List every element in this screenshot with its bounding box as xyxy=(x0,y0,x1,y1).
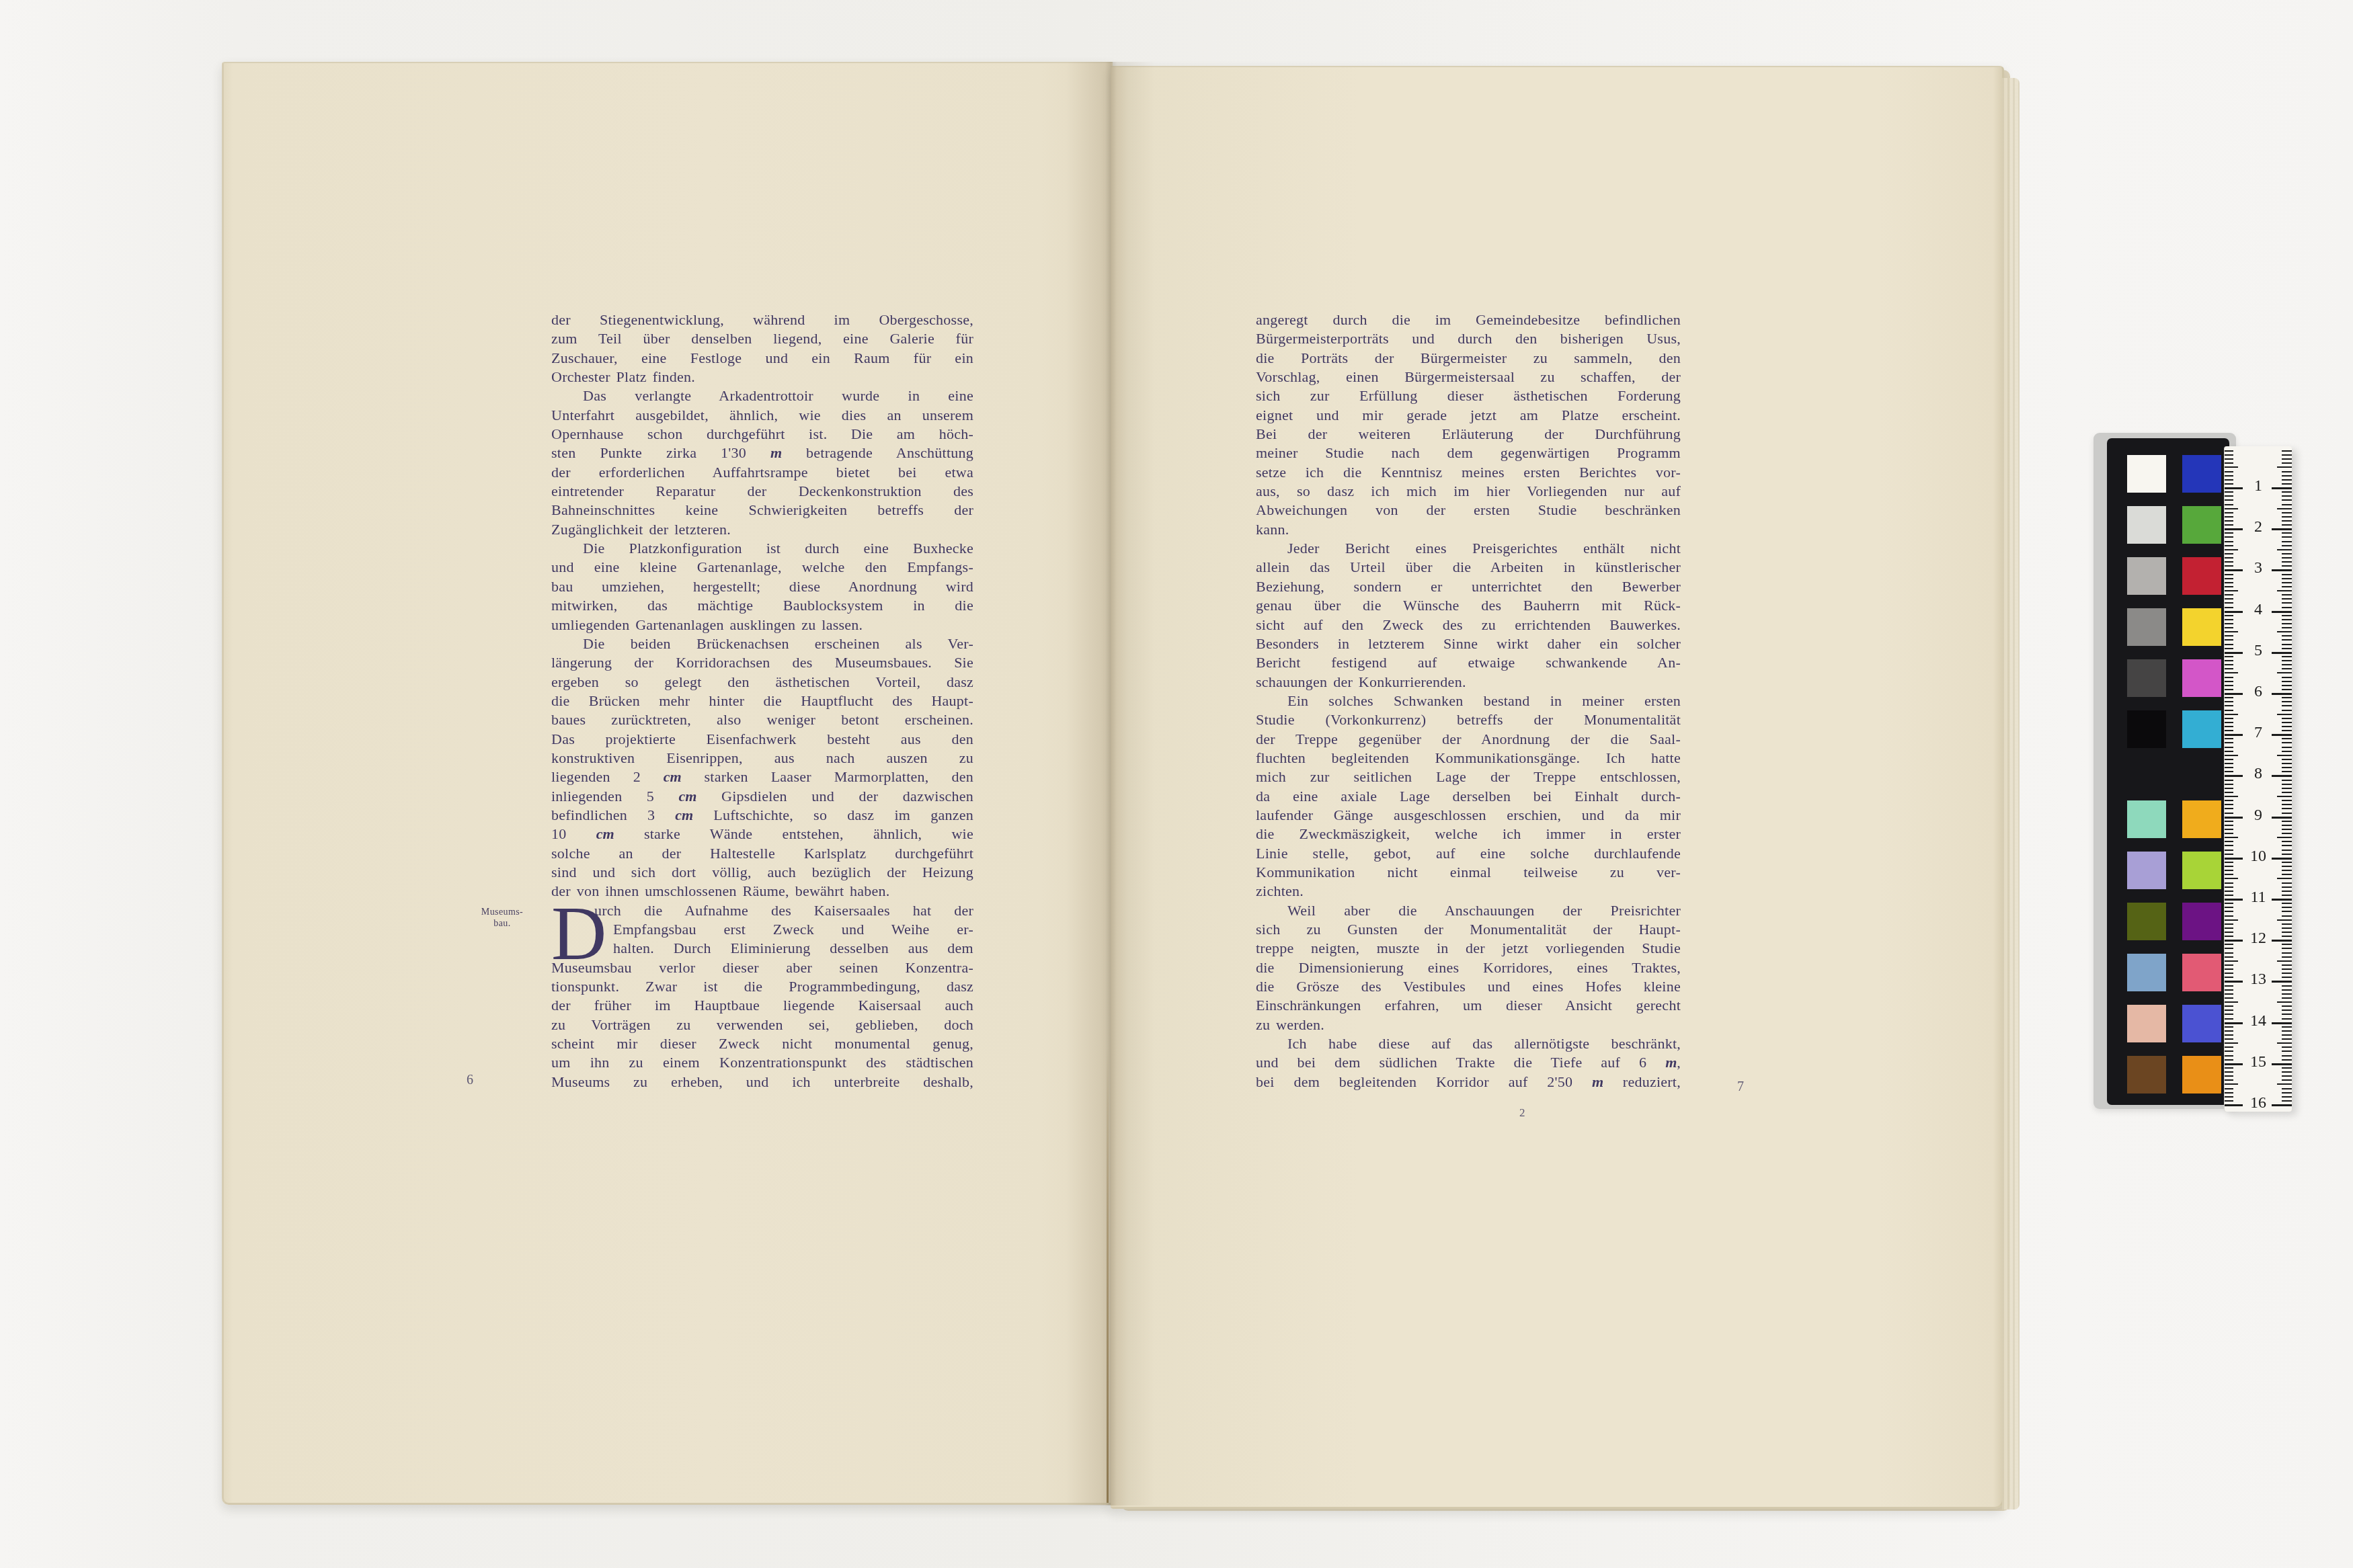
ruler-tick xyxy=(2282,804,2292,805)
text-line: angeregt durch die im Gemeindebesitze be… xyxy=(1256,311,1681,329)
ruler-tick xyxy=(2277,549,2292,550)
text-line: Zugänglichkeit der letzteren. xyxy=(551,520,973,539)
ruler-tick xyxy=(2225,751,2233,752)
ruler-tick xyxy=(2225,450,2233,452)
ruler-tick xyxy=(2225,1042,2238,1044)
color-patch xyxy=(2127,1056,2166,1094)
margin-note-line: bau. xyxy=(465,918,539,930)
ruler-tick xyxy=(2225,644,2233,645)
color-patch xyxy=(2182,903,2221,940)
color-patch xyxy=(2182,1005,2221,1042)
ruler-number: 8 xyxy=(2245,765,2272,783)
ruler-tick xyxy=(2282,993,2292,995)
ruler-tick xyxy=(2282,1071,2292,1073)
ruler-tick xyxy=(2225,903,2233,904)
ruler-tick xyxy=(2272,693,2292,695)
ruler-tick xyxy=(2225,1038,2233,1040)
ruler-tick xyxy=(2225,738,2233,739)
ruler-tick xyxy=(2282,780,2292,781)
left-page-text-block: der Stiegenentwicklung, während im Oberg… xyxy=(551,311,973,1091)
ruler-tick xyxy=(2225,932,2233,933)
ruler-tick xyxy=(2277,1001,2292,1003)
text-line: konstruktiven Eisenrippen, aus nach ausz… xyxy=(551,749,973,768)
ruler-tick xyxy=(2225,664,2233,665)
ruler-tick xyxy=(2282,907,2292,908)
ruler-tick xyxy=(2225,1104,2243,1106)
ruler-tick xyxy=(2225,730,2233,731)
ruler-tick xyxy=(2272,775,2292,777)
ruler-tick xyxy=(2225,870,2233,871)
page-number-right: 7 xyxy=(1737,1079,1744,1095)
ruler-tick xyxy=(2225,1071,2233,1073)
text-line: Museumsbau verlor dieser aber seinen Kon… xyxy=(551,958,973,977)
ruler-tick xyxy=(2225,808,2233,809)
ruler-number: 4 xyxy=(2245,601,2272,619)
text-line: sicht auf den Zweck des zu errichtenden … xyxy=(1256,616,1681,634)
ruler-tick xyxy=(2225,780,2233,781)
drop-cap: D xyxy=(551,907,607,960)
text-line: längerung der Korridorachsen des Museums… xyxy=(551,653,973,672)
ruler-number: 12 xyxy=(2245,930,2272,948)
ruler-tick xyxy=(2282,895,2292,896)
ruler-tick xyxy=(2225,1088,2233,1089)
ruler-tick xyxy=(2277,631,2292,632)
ruler-tick xyxy=(2225,1005,2233,1007)
ruler-tick xyxy=(2225,578,2233,579)
ruler-tick xyxy=(2225,788,2233,789)
ruler-tick xyxy=(2282,1005,2292,1007)
text-line: 10 cm starke Wände entstehen, ähnlich, w… xyxy=(551,825,973,843)
ruler-tick xyxy=(2282,788,2292,789)
ruler-tick xyxy=(2225,483,2233,485)
ruler-tick xyxy=(2282,771,2292,772)
ruler-tick xyxy=(2225,1030,2233,1032)
ruler-tick xyxy=(2282,512,2292,513)
ruler-tick xyxy=(2282,454,2292,456)
ruler-tick xyxy=(2225,1055,2233,1057)
ruler-tick xyxy=(2225,858,2243,860)
ruler-tick xyxy=(2225,1067,2233,1069)
ruler-tick xyxy=(2225,796,2238,797)
text-line: umliegenden Gartenanlagen ausklingen zu … xyxy=(551,616,973,634)
ruler-tick xyxy=(2282,854,2292,855)
ruler-tick xyxy=(2225,854,2233,855)
text-line: Ich habe diese auf das allernötigste bes… xyxy=(1256,1034,1681,1053)
ruler-number: 16 xyxy=(2245,1094,2272,1112)
ruler-tick xyxy=(2225,985,2233,987)
ruler-tick xyxy=(2282,681,2292,682)
ruler-tick xyxy=(2225,1096,2233,1098)
ruler-tick xyxy=(2225,1083,2238,1085)
ruler-number: 3 xyxy=(2245,559,2272,577)
ruler-tick xyxy=(2277,1083,2292,1085)
ruler-tick xyxy=(2225,602,2233,604)
signature-mark: 2 xyxy=(1519,1106,1525,1120)
ruler-tick xyxy=(2225,944,2233,945)
text-line: die Grösze des Vestibules und eines Hofe… xyxy=(1256,977,1681,996)
ruler-tick xyxy=(2225,825,2233,826)
ruler-tick xyxy=(2225,960,2238,962)
ruler-tick xyxy=(2225,1009,2233,1011)
ruler-tick xyxy=(2225,574,2233,575)
ruler-tick xyxy=(2225,1063,2243,1065)
ruler-tick xyxy=(2282,574,2292,575)
margin-note-line: Museums- xyxy=(465,907,539,918)
ruler-tick xyxy=(2225,956,2233,958)
ruler-tick xyxy=(2282,956,2292,958)
ruler-tick xyxy=(2282,850,2292,851)
paragraph: Jeder Bericht eines Preisgerichtes enthä… xyxy=(1256,539,1681,692)
ruler-tick xyxy=(2225,977,2233,978)
ruler-tick xyxy=(2282,886,2292,888)
ruler-tick xyxy=(2282,479,2292,481)
ruler-tick xyxy=(2282,475,2292,477)
ruler-tick xyxy=(2225,627,2233,628)
ruler-tick xyxy=(2225,775,2243,777)
ruler-tick xyxy=(2225,635,2233,636)
text-line: mitwirken, das mächtige Baublocksystem i… xyxy=(551,596,973,615)
ruler-tick xyxy=(2282,1018,2292,1020)
ruler-tick xyxy=(2282,495,2292,497)
color-patch xyxy=(2182,659,2221,697)
ruler-tick xyxy=(2225,804,2233,805)
ruler-tick xyxy=(2225,952,2233,954)
binding-gutter-shadow xyxy=(1066,62,1155,1505)
color-patch xyxy=(2127,608,2166,646)
text-line: urch die Aufnahme des Kaisersaales hat d… xyxy=(551,901,973,920)
color-patch xyxy=(2127,903,2166,940)
text-line: eignet und mir gerade jetzt am Platze er… xyxy=(1256,406,1681,425)
ruler-tick xyxy=(2282,911,2292,912)
text-line: der erforderlichen Auffahrtsrampe bietet… xyxy=(551,463,973,482)
ruler-tick xyxy=(2225,561,2233,563)
ruler-tick xyxy=(2272,1022,2292,1024)
ruler-tick xyxy=(2277,837,2292,838)
ruler-tick xyxy=(2225,471,2233,472)
color-patch xyxy=(2182,506,2221,544)
ruler-tick xyxy=(2282,594,2292,595)
text-line: mich zur seitlichen Lage der Treppe ents… xyxy=(1256,768,1681,786)
text-line: Zuschauer, eine Festloge und ein Raum fü… xyxy=(551,349,973,368)
text-line: Studie (Vorkonkurrenz) betreffs der Monu… xyxy=(1256,710,1681,729)
ruler-tick xyxy=(2282,866,2292,867)
ruler-tick xyxy=(2225,524,2233,526)
ruler-tick xyxy=(2282,644,2292,645)
ruler-tick xyxy=(2282,578,2292,579)
ruler-tick xyxy=(2282,677,2292,678)
ruler-tick xyxy=(2225,557,2233,559)
text-line: ergeben so gelegt den ästhetischen Vorte… xyxy=(551,673,973,692)
ruler-number: 9 xyxy=(2245,807,2272,825)
ruler-number: 1 xyxy=(2245,477,2272,495)
ruler-tick xyxy=(2225,656,2233,657)
color-patch xyxy=(2182,954,2221,991)
ruler-tick xyxy=(2282,557,2292,559)
ruler-tick xyxy=(2282,516,2292,518)
ruler-tick xyxy=(2282,668,2292,669)
text-line: Bericht festigend auf etwaige schwankend… xyxy=(1256,653,1681,672)
ruler-tick xyxy=(2225,681,2233,682)
ruler-tick xyxy=(2225,841,2233,842)
ruler-tick xyxy=(2225,997,2233,999)
ruler-tick xyxy=(2282,483,2292,485)
text-line: Opernhause schon durchgeführt ist. Die a… xyxy=(551,425,973,444)
ruler-tick xyxy=(2225,895,2233,896)
ruler-tick xyxy=(2272,817,2292,819)
ruler-tick xyxy=(2225,784,2233,785)
ruler-tick xyxy=(2225,964,2233,966)
ruler-tick xyxy=(2225,866,2233,867)
ruler-tick xyxy=(2272,734,2292,736)
ruler-tick xyxy=(2225,891,2233,892)
ruler-tick xyxy=(2225,631,2238,632)
ruler-tick xyxy=(2282,561,2292,563)
ruler-tick xyxy=(2225,911,2233,912)
text-line: Die Platzkonfiguration ist durch eine Bu… xyxy=(551,539,973,558)
ruler: 12345678910111213141516 xyxy=(2224,446,2292,1112)
ruler-tick xyxy=(2225,615,2233,616)
ruler-number: 13 xyxy=(2245,971,2272,989)
ruler-tick xyxy=(2225,504,2233,505)
ruler-number: 15 xyxy=(2245,1053,2272,1071)
text-line: treppe neigten, muszte in der jetzt vorl… xyxy=(1256,939,1681,958)
ruler-tick xyxy=(2225,1034,2233,1036)
ruler-tick xyxy=(2225,915,2233,917)
ruler-tick xyxy=(2225,734,2243,736)
ruler-tick xyxy=(2225,454,2233,456)
ruler-tick xyxy=(2225,792,2233,793)
ruler-tick xyxy=(2225,611,2243,613)
ruler-tick xyxy=(2282,936,2292,937)
text-line: halten. Durch Eliminierung desselben aus… xyxy=(551,939,973,958)
text-line: schauungen der Konkurrierenden. xyxy=(1256,673,1681,692)
ruler-tick xyxy=(2282,927,2292,929)
color-patch xyxy=(2127,557,2166,595)
text-line: Beziehung, sondern er unterrichtet den B… xyxy=(1256,577,1681,596)
ruler-tick xyxy=(2225,672,2238,673)
ruler-tick xyxy=(2225,968,2233,970)
ruler-tick xyxy=(2272,981,2292,983)
ruler-tick xyxy=(2282,833,2292,834)
ruler-tick xyxy=(2225,874,2233,875)
ruler-tick xyxy=(2225,590,2238,591)
ruler-tick xyxy=(2225,1001,2238,1003)
ruler-tick xyxy=(2282,656,2292,657)
ruler-tick xyxy=(2225,907,2233,908)
ruler-tick xyxy=(2282,874,2292,875)
ruler-tick xyxy=(2272,487,2292,489)
ruler-tick xyxy=(2282,1092,2292,1094)
ruler-tick xyxy=(2282,997,2292,999)
ruler-tick xyxy=(2225,685,2233,686)
text-line: Vorschlag, einen Bürgermeistersaal zu sc… xyxy=(1256,368,1681,386)
ruler-tick xyxy=(2225,800,2233,801)
text-line: der Stiegenentwicklung, während im Oberg… xyxy=(551,311,973,329)
text-line: Das projektierte Eisenfachwerk besteht a… xyxy=(551,730,973,749)
ruler-tick xyxy=(2272,1104,2292,1106)
ruler-tick xyxy=(2225,528,2243,530)
ruler-tick xyxy=(2282,499,2292,501)
ruler-tick xyxy=(2282,627,2292,628)
ruler-tick xyxy=(2282,882,2292,884)
ruler-tick xyxy=(2282,1100,2292,1102)
ruler-tick xyxy=(2225,1092,2233,1094)
ruler-tick xyxy=(2282,1088,2292,1089)
ruler-tick xyxy=(2277,755,2292,756)
ruler-tick xyxy=(2282,1038,2292,1040)
text-line: baues zurücktreten, also weniger betont … xyxy=(551,710,973,729)
ruler-tick xyxy=(2272,611,2292,613)
text-line: kann. xyxy=(1256,520,1681,539)
ruler-tick xyxy=(2272,1063,2292,1065)
text-line: Bei der weiteren Erläuterung der Durchfü… xyxy=(1256,425,1681,444)
ruler-tick xyxy=(2282,932,2292,933)
ruler-tick xyxy=(2225,520,2233,522)
ruler-tick xyxy=(2282,1030,2292,1032)
ruler-tick xyxy=(2225,495,2233,497)
ruler-tick xyxy=(2225,619,2233,620)
ruler-tick xyxy=(2225,607,2233,608)
ruler-tick xyxy=(2272,899,2292,901)
ruler-tick xyxy=(2282,565,2292,567)
page-number-left: 6 xyxy=(467,1073,473,1088)
ruler-tick xyxy=(2282,722,2292,723)
ruler-tick xyxy=(2282,710,2292,711)
ruler-tick xyxy=(2225,1026,2233,1028)
ruler-tick xyxy=(2225,565,2233,567)
text-line: Linie stelle, gebot, auf eine solche dur… xyxy=(1256,844,1681,863)
ruler-tick xyxy=(2282,923,2292,925)
text-line: sich zu Gunsten der Monumentalität der H… xyxy=(1256,920,1681,939)
ruler-tick xyxy=(2282,635,2292,636)
ruler-tick xyxy=(2225,886,2233,888)
text-line: und eine kleine Gartenanlage, welche den… xyxy=(551,558,973,577)
ruler-tick xyxy=(2282,536,2292,538)
ruler-tick xyxy=(2277,714,2292,715)
ruler-tick xyxy=(2225,652,2243,654)
ruler-tick xyxy=(2225,598,2233,600)
ruler-tick xyxy=(2225,639,2233,641)
color-patch xyxy=(2127,852,2166,889)
ruler-tick xyxy=(2225,821,2233,822)
margin-note: Museums-bau. xyxy=(465,907,539,930)
ruler-tick xyxy=(2282,821,2292,822)
ruler-tick xyxy=(2225,508,2238,509)
ruler-tick xyxy=(2282,491,2292,493)
ruler-number: 10 xyxy=(2245,848,2272,866)
ruler-tick xyxy=(2225,660,2233,661)
ruler-tick xyxy=(2282,730,2292,731)
text-line: sich zur Erfüllung dieser ästhetischen F… xyxy=(1256,386,1681,405)
text-line: der von ihnen umschlossenen Räume, bewäh… xyxy=(551,882,973,901)
ruler-tick xyxy=(2282,738,2292,739)
ruler-tick xyxy=(2225,1022,2243,1024)
ruler-tick xyxy=(2282,977,2292,978)
ruler-tick xyxy=(2282,1034,2292,1036)
text-line: laufender Gänge ausgeschlossen erschien,… xyxy=(1256,806,1681,825)
ruler-tick xyxy=(2282,685,2292,686)
text-line: Empfangsbau erst Zweck und Weihe er- xyxy=(551,920,973,939)
ruler-tick xyxy=(2225,462,2233,464)
ruler-tick xyxy=(2225,710,2233,711)
ruler-tick xyxy=(2282,582,2292,583)
color-patch xyxy=(2127,455,2166,493)
ruler-tick xyxy=(2282,825,2292,826)
text-line: eintretender Reparatur der Deckenkonstru… xyxy=(551,482,973,501)
text-line: scheint mir dieser Zweck nicht monumenta… xyxy=(551,1034,973,1053)
paragraph: angeregt durch die im Gemeindebesitze be… xyxy=(1256,311,1681,539)
page-stack-fore-edge xyxy=(2002,78,2020,1510)
ruler-tick xyxy=(2282,664,2292,665)
text-line: Bahneinschnittes keine Schwierigkeiten b… xyxy=(551,501,973,520)
ruler-tick xyxy=(2282,903,2292,904)
ruler-number: 11 xyxy=(2245,889,2272,907)
ruler-tick xyxy=(2225,487,2243,489)
ruler-tick xyxy=(2282,1075,2292,1077)
ruler-tick xyxy=(2225,755,2238,756)
text-line: genau über die Wünsche des Bauherrn mit … xyxy=(1256,596,1681,615)
color-patch xyxy=(2127,800,2166,838)
color-patch xyxy=(2127,954,2166,991)
ruler-tick xyxy=(2225,499,2233,501)
ruler-tick xyxy=(2225,1046,2233,1048)
text-line: Weil aber die Anschauungen der Preisrich… xyxy=(1256,901,1681,920)
ruler-tick xyxy=(2225,693,2243,695)
text-line: bau umziehen, hergestellt; diese Anordnu… xyxy=(551,577,973,596)
text-line: setze ich die Kenntnisz meines ersten Be… xyxy=(1256,463,1681,482)
ruler-tick xyxy=(2225,475,2233,477)
color-patch xyxy=(2127,659,2166,697)
ruler-tick xyxy=(2272,940,2292,942)
ruler-tick xyxy=(2225,940,2243,942)
ruler-tick xyxy=(2225,689,2233,690)
ruler-tick xyxy=(2225,993,2233,995)
paragraph: der Stiegenentwicklung, während im Oberg… xyxy=(551,311,973,386)
ruler-tick xyxy=(2272,858,2292,860)
ruler-tick xyxy=(2225,705,2233,706)
ruler-tick xyxy=(2282,952,2292,954)
ruler-tick xyxy=(2225,813,2233,814)
ruler-tick xyxy=(2282,784,2292,785)
text-line: Museums zu erheben, und ich unterbreite … xyxy=(551,1073,973,1091)
ruler-tick xyxy=(2225,833,2233,834)
ruler-tick xyxy=(2282,639,2292,641)
text-line: Jeder Bericht eines Preisgerichtes enthä… xyxy=(1256,539,1681,558)
ruler-tick xyxy=(2282,862,2292,863)
ruler-tick xyxy=(2225,594,2233,595)
ruler-number: 5 xyxy=(2245,642,2272,660)
ruler-tick xyxy=(2282,845,2292,846)
text-line: die Zweckmäszigkeit, welche ich immer in… xyxy=(1256,825,1681,843)
ruler-tick xyxy=(2225,1100,2233,1102)
book-scan: Museums-bau. der Stiegenentwicklung, wäh… xyxy=(0,0,2353,1568)
color-patch xyxy=(2127,710,2166,748)
ruler-tick xyxy=(2282,602,2292,604)
ruler-tick xyxy=(2282,471,2292,472)
ruler-tick xyxy=(2282,1009,2292,1011)
ruler-number: 14 xyxy=(2245,1012,2272,1030)
ruler-tick xyxy=(2282,944,2292,945)
text-line: fluchten begleitenden Kommunikationsgäng… xyxy=(1256,749,1681,768)
ruler-tick xyxy=(2225,714,2238,715)
ruler-tick xyxy=(2277,796,2292,797)
ruler-tick xyxy=(2225,726,2233,727)
ruler-tick xyxy=(2282,689,2292,690)
ruler-tick xyxy=(2282,718,2292,719)
text-line: liegenden 2 cm starken Laaser Marmorplat… xyxy=(551,768,973,786)
text-line: solche an der Haltestelle Karlsplatz dur… xyxy=(551,844,973,863)
ruler-tick xyxy=(2282,705,2292,706)
